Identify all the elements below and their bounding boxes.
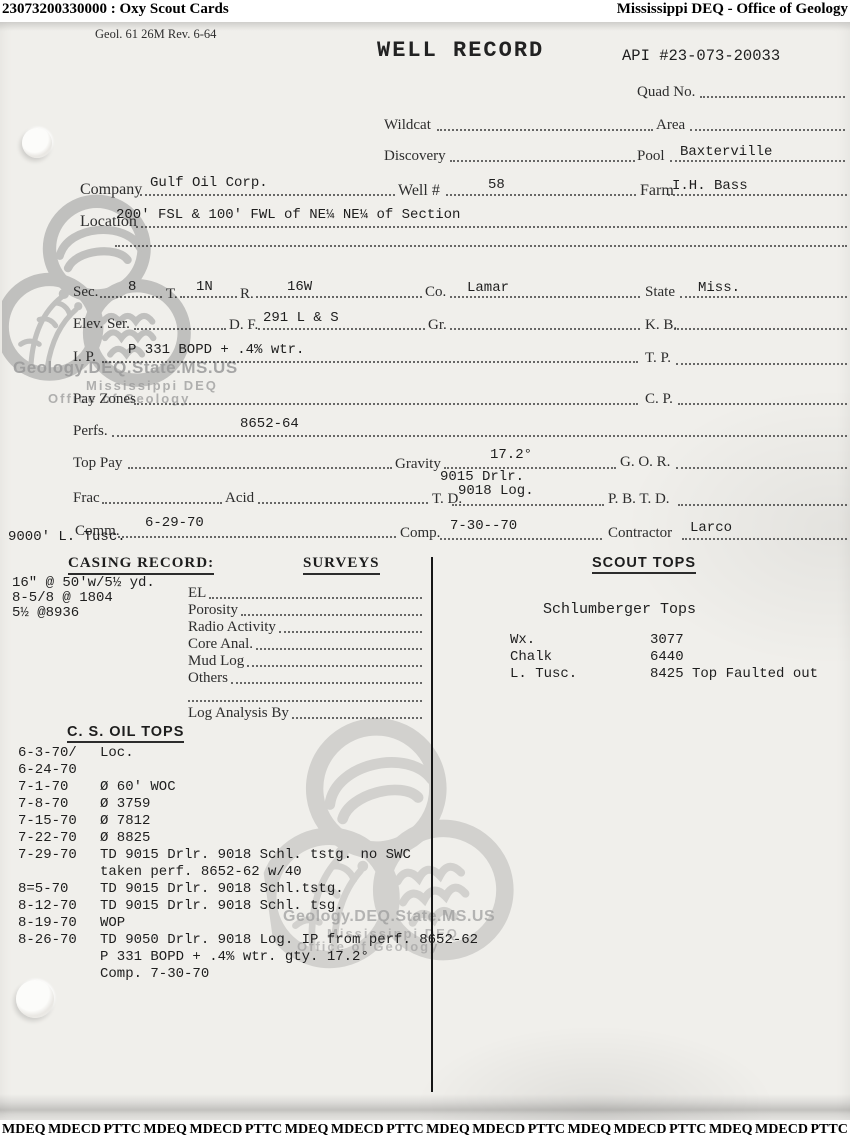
dotted-line [668,194,847,196]
survey-label: EL [188,585,206,602]
field-pool-label: Pool [637,148,665,165]
oil-top-row: 8-12-70 TD 9015 Drlr. 9018 Schl. tsg. [18,898,478,915]
dotted-line [676,467,847,469]
footer-word: MDECD [48,1122,101,1138]
field-range-label: R. [240,286,254,303]
field-wellno-label: Well # [398,182,440,200]
oil-top-date: 8-19-70 [18,915,100,932]
field-toppay-label: Top Pay [73,455,122,472]
oil-top-date: 8-12-70 [18,898,100,915]
dotted-line [100,296,162,298]
field-gr-label: Gr. [428,317,447,334]
oil-top-row: 8=5-70 TD 9015 Drlr. 9018 Schl.tstg. [18,881,478,898]
oil-top-entry: Loc. [100,745,134,762]
oil-top-entry: Ø 3759 [100,796,150,813]
field-township-value: 1N [196,279,213,295]
field-contractor-value: Larco [690,520,732,536]
log-analysis-label: Log Analysis By [188,705,289,722]
dotted-line [437,129,653,131]
footer-word: MDEQ [568,1122,612,1138]
field-cp-label: C. P. [645,391,673,408]
dotted-line [446,194,636,196]
oil-top-date: 6-24-70 [18,762,100,779]
field-discovery-label: Discovery [384,148,446,165]
surveys-list: EL Porosity Radio Activity Core Anal. Mu… [188,585,422,687]
oil-top-entry: WOP [100,915,125,932]
field-wellno-value: 58 [488,177,505,193]
field-kb-label: K. B. [645,317,677,334]
oil-top-entry: TD 9015 Drlr. 9018 Schl.tstg. [100,881,344,898]
field-sec-label: Sec. [73,284,98,301]
scout-top-row: L. Tusc. 8425 Top Faulted out [510,666,818,683]
footer-word: MDEQ [709,1122,753,1138]
oil-top-row: 6-24-70 [18,762,478,779]
field-contractor-label: Contractor [608,525,672,542]
oil-tops-rows: 6-3-70/ Loc. 6-24-70 7-1-70 Ø 60' WOC 7-… [18,745,478,983]
form-title: WELL RECORD [377,38,544,63]
scout-top-name: Chalk [510,649,650,666]
dotted-line [258,502,428,504]
oil-top-row: 7-15-70 Ø 7812 [18,813,478,830]
casing-record-lines: 16" @ 50'w/5½ yd.8-5/8 @ 18045½ @8936 [12,576,155,621]
field-payzones-label: Pay Zones [73,391,136,408]
dotted-line [670,160,845,162]
scout-top-value: 3077 [650,632,684,649]
oil-top-date [18,949,100,966]
oil-top-date [18,966,100,983]
oil-top-entry: TD 9015 Drlr. 9018 Schl. tsg. [100,898,344,915]
scout-tops-subtitle: Schlumberger Tops [543,601,696,618]
scout-top-name: Wx. [510,632,650,649]
field-company-value: Gulf Oil Corp. [150,175,268,191]
scout-top-value: 6440 [650,649,684,666]
scout-top-name: L. Tusc. [510,666,650,683]
dotted-line [140,194,395,196]
field-location-value: 200' FSL & 100' FWL of NE¼ NE¼ of Sectio… [116,207,460,223]
footer-word: PTTC [245,1122,282,1138]
footer-word: MDEQ [285,1122,329,1138]
dotted-line [256,296,422,298]
survey-row: EL [188,585,422,602]
dotted-line [678,403,847,405]
dotted-line [118,536,396,538]
scout-tops-rows: Wx. 3077 Chalk 6440 L. Tusc. 8425 Top Fa… [510,632,818,683]
survey-row: Radio Activity [188,619,422,636]
dotted-line [700,96,845,98]
agency-title: Mississippi DEQ - Office of Geology [615,0,850,19]
dotted-line [440,538,602,540]
field-df-value: 291 L & S [263,310,339,326]
dotted-line [452,504,604,506]
field-area-label: Area [656,117,685,134]
oil-top-row: taken perf. 8652-62 w/40 [18,864,478,881]
oil-top-date: 7-1-70 [18,779,100,796]
field-county-label: Co. [425,284,446,301]
field-frac-label: Frac [73,490,100,507]
dotted-line [676,363,847,365]
footer-word: MDEQ [426,1122,470,1138]
margin-note: 9000' L. Tusc. [8,529,126,545]
field-perfs-value: 8652-64 [240,416,299,432]
casing-record-title: CASING RECORD: [68,555,214,575]
footer-word: MDECD [614,1122,667,1138]
field-td-value: 9018 Log. [458,483,534,499]
footer-word: PTTC [104,1122,141,1138]
dotted-line [678,504,847,506]
dotted-line [115,245,847,247]
oil-top-entry: taken perf. 8652-62 w/40 [100,864,302,881]
oil-top-row: 8-19-70 WOP [18,915,478,932]
scout-top-row: Chalk 6440 [510,649,818,666]
dotted-line [450,328,640,330]
field-pbtd-label: P. B. T. D. [608,491,670,508]
field-gravity-value: 17.2° [490,447,532,463]
dotted-line [136,226,847,228]
oil-tops-title: C. S. OIL TOPS [67,724,184,743]
casing-line: 16" @ 50'w/5½ yd. [12,576,155,591]
field-wildcat-label: Wildcat [384,117,431,134]
punch-hole [22,128,52,158]
footer-word: PTTC [386,1122,423,1138]
form-revision-note: Geol. 61 26M Rev. 6-64 [95,27,216,42]
dotted-line [450,296,640,298]
footer-stamp-row: MDEQMDECDPTTCMDEQMDECDPTTCMDEQMDECDPTTCM… [2,1122,848,1138]
api-number: API #23-073-20033 [622,47,780,65]
field-comp-value: 7-30--70 [450,518,517,534]
oil-top-date: 8=5-70 [18,881,100,898]
dotted-line [209,597,422,599]
oil-top-entry: TD 9015 Drlr. 9018 Schl. tstg. no SWC [100,847,411,864]
oil-top-entry: Ø 60' WOC [100,779,176,796]
oil-top-entry: Ø 7812 [100,813,150,830]
scout-top-row: Wx. 3077 [510,632,818,649]
field-df-label: D. F. [229,317,258,334]
oil-top-row: Comp. 7-30-70 [18,966,478,983]
field-gor-label: G. O. R. [620,454,670,471]
oil-top-entry: TD 9050 Drlr. 9018 Log. IP from perf. 86… [100,932,478,949]
oil-top-date: 7-29-70 [18,847,100,864]
field-company-label: Company [80,181,142,199]
survey-row: Porosity [188,602,422,619]
field-tp-label: T. P. [645,350,671,367]
dotted-line [102,502,222,504]
field-sec-value: 8 [128,279,136,295]
dotted-line [279,631,422,633]
oil-top-date: 8-26-70 [18,932,100,949]
footer-word: MDEQ [143,1122,187,1138]
survey-row: Core Anal. [188,636,422,653]
field-ip-value: P 331 BOPD + .4% wtr. [128,342,304,358]
dotted-line [231,682,422,684]
footer-word: MDECD [189,1122,242,1138]
dotted-line [450,160,635,162]
field-ip-label: I. P. [73,349,96,366]
oil-top-row: 7-1-70 Ø 60' WOC [18,779,478,796]
survey-row: Others [188,670,422,687]
field-state-value: Miss. [698,280,740,296]
field-comp-label: Comp. [400,525,440,542]
dotted-line [134,403,638,405]
scout-tops-title: SCOUT TOPS [592,555,696,574]
dotted-line [674,328,847,330]
dotted-line [292,717,422,719]
top-header-bar: 23073200330000 : Oxy Scout Cards Mississ… [0,0,850,22]
oil-top-entry: Ø 8825 [100,830,150,847]
oil-top-date [18,864,100,881]
oil-top-row: 8-26-70 TD 9050 Drlr. 9018 Log. IP from … [18,932,478,949]
casing-line: 5½ @8936 [12,606,155,621]
dotted-line [180,296,237,298]
well-record-scan-page: 23073200330000 : Oxy Scout Cards Mississ… [0,0,850,1142]
survey-label: Porosity [188,602,238,619]
field-acid-label: Acid [225,490,254,507]
oil-top-entry: Comp. 7-30-70 [100,966,209,983]
field-county-value: Lamar [467,280,509,296]
field-farm-label: Farm [640,182,674,200]
dotted-line [680,296,847,298]
dotted-line [128,467,392,469]
log-analysis-row: Log Analysis By [188,705,422,722]
field-quadno-label: Quad No. [637,84,695,101]
footer-word: MDECD [472,1122,525,1138]
dotted-line [102,361,638,363]
dotted-line [188,700,422,702]
dotted-line [682,538,847,540]
oil-top-date: 7-15-70 [18,813,100,830]
field-perfs-label: Perfs. [73,423,108,440]
oil-top-row: 7-8-70 Ø 3759 [18,796,478,813]
footer-word: MDEQ [2,1122,46,1138]
survey-label: Others [188,670,228,687]
footer-word: MDECD [331,1122,384,1138]
field-township-label: T. [166,286,178,303]
oil-top-row: 7-22-70 Ø 8825 [18,830,478,847]
oil-top-date: 6-3-70/ [18,745,100,762]
footer-word: PTTC [810,1122,847,1138]
oil-top-date: 7-22-70 [18,830,100,847]
field-range-value: 16W [287,279,312,295]
surveys-title: SURVEYS [303,555,380,575]
punch-hole [16,980,54,1018]
casing-line: 8-5/8 @ 1804 [12,591,155,606]
survey-label: Radio Activity [188,619,276,636]
dotted-line [247,665,422,667]
dotted-line [241,614,422,616]
survey-label: Core Anal. [188,636,253,653]
footer-word: PTTC [669,1122,706,1138]
field-gravity-label: Gravity [395,456,441,473]
field-elevser-label: Elev. Ser. [73,316,130,333]
dotted-line [134,328,226,330]
field-farm-value: I.H. Bass [672,178,748,194]
dotted-line [256,648,422,650]
oil-top-row: P 331 BOPD + .4% wtr. gty. 17.2° [18,949,478,966]
field-comm-value: 6-29-70 [145,515,204,531]
survey-label: Mud Log [188,653,244,670]
field-state-label: State [645,284,675,301]
dotted-line [690,129,845,131]
dotted-line [258,328,425,330]
survey-row: Mud Log [188,653,422,670]
footer-word: MDECD [755,1122,808,1138]
footer-word: PTTC [528,1122,565,1138]
dotted-line [112,435,847,437]
oil-top-row: 7-29-70 TD 9015 Drlr. 9018 Schl. tstg. n… [18,847,478,864]
oil-top-row: 6-3-70/ Loc. [18,745,478,762]
oil-top-entry: P 331 BOPD + .4% wtr. gty. 17.2° [100,949,369,966]
scout-top-value: 8425 Top Faulted out [650,666,818,683]
scan-id-title: 23073200330000 : Oxy Scout Cards [0,0,231,19]
field-pool-value: Baxterville [680,144,772,160]
oil-top-date: 7-8-70 [18,796,100,813]
